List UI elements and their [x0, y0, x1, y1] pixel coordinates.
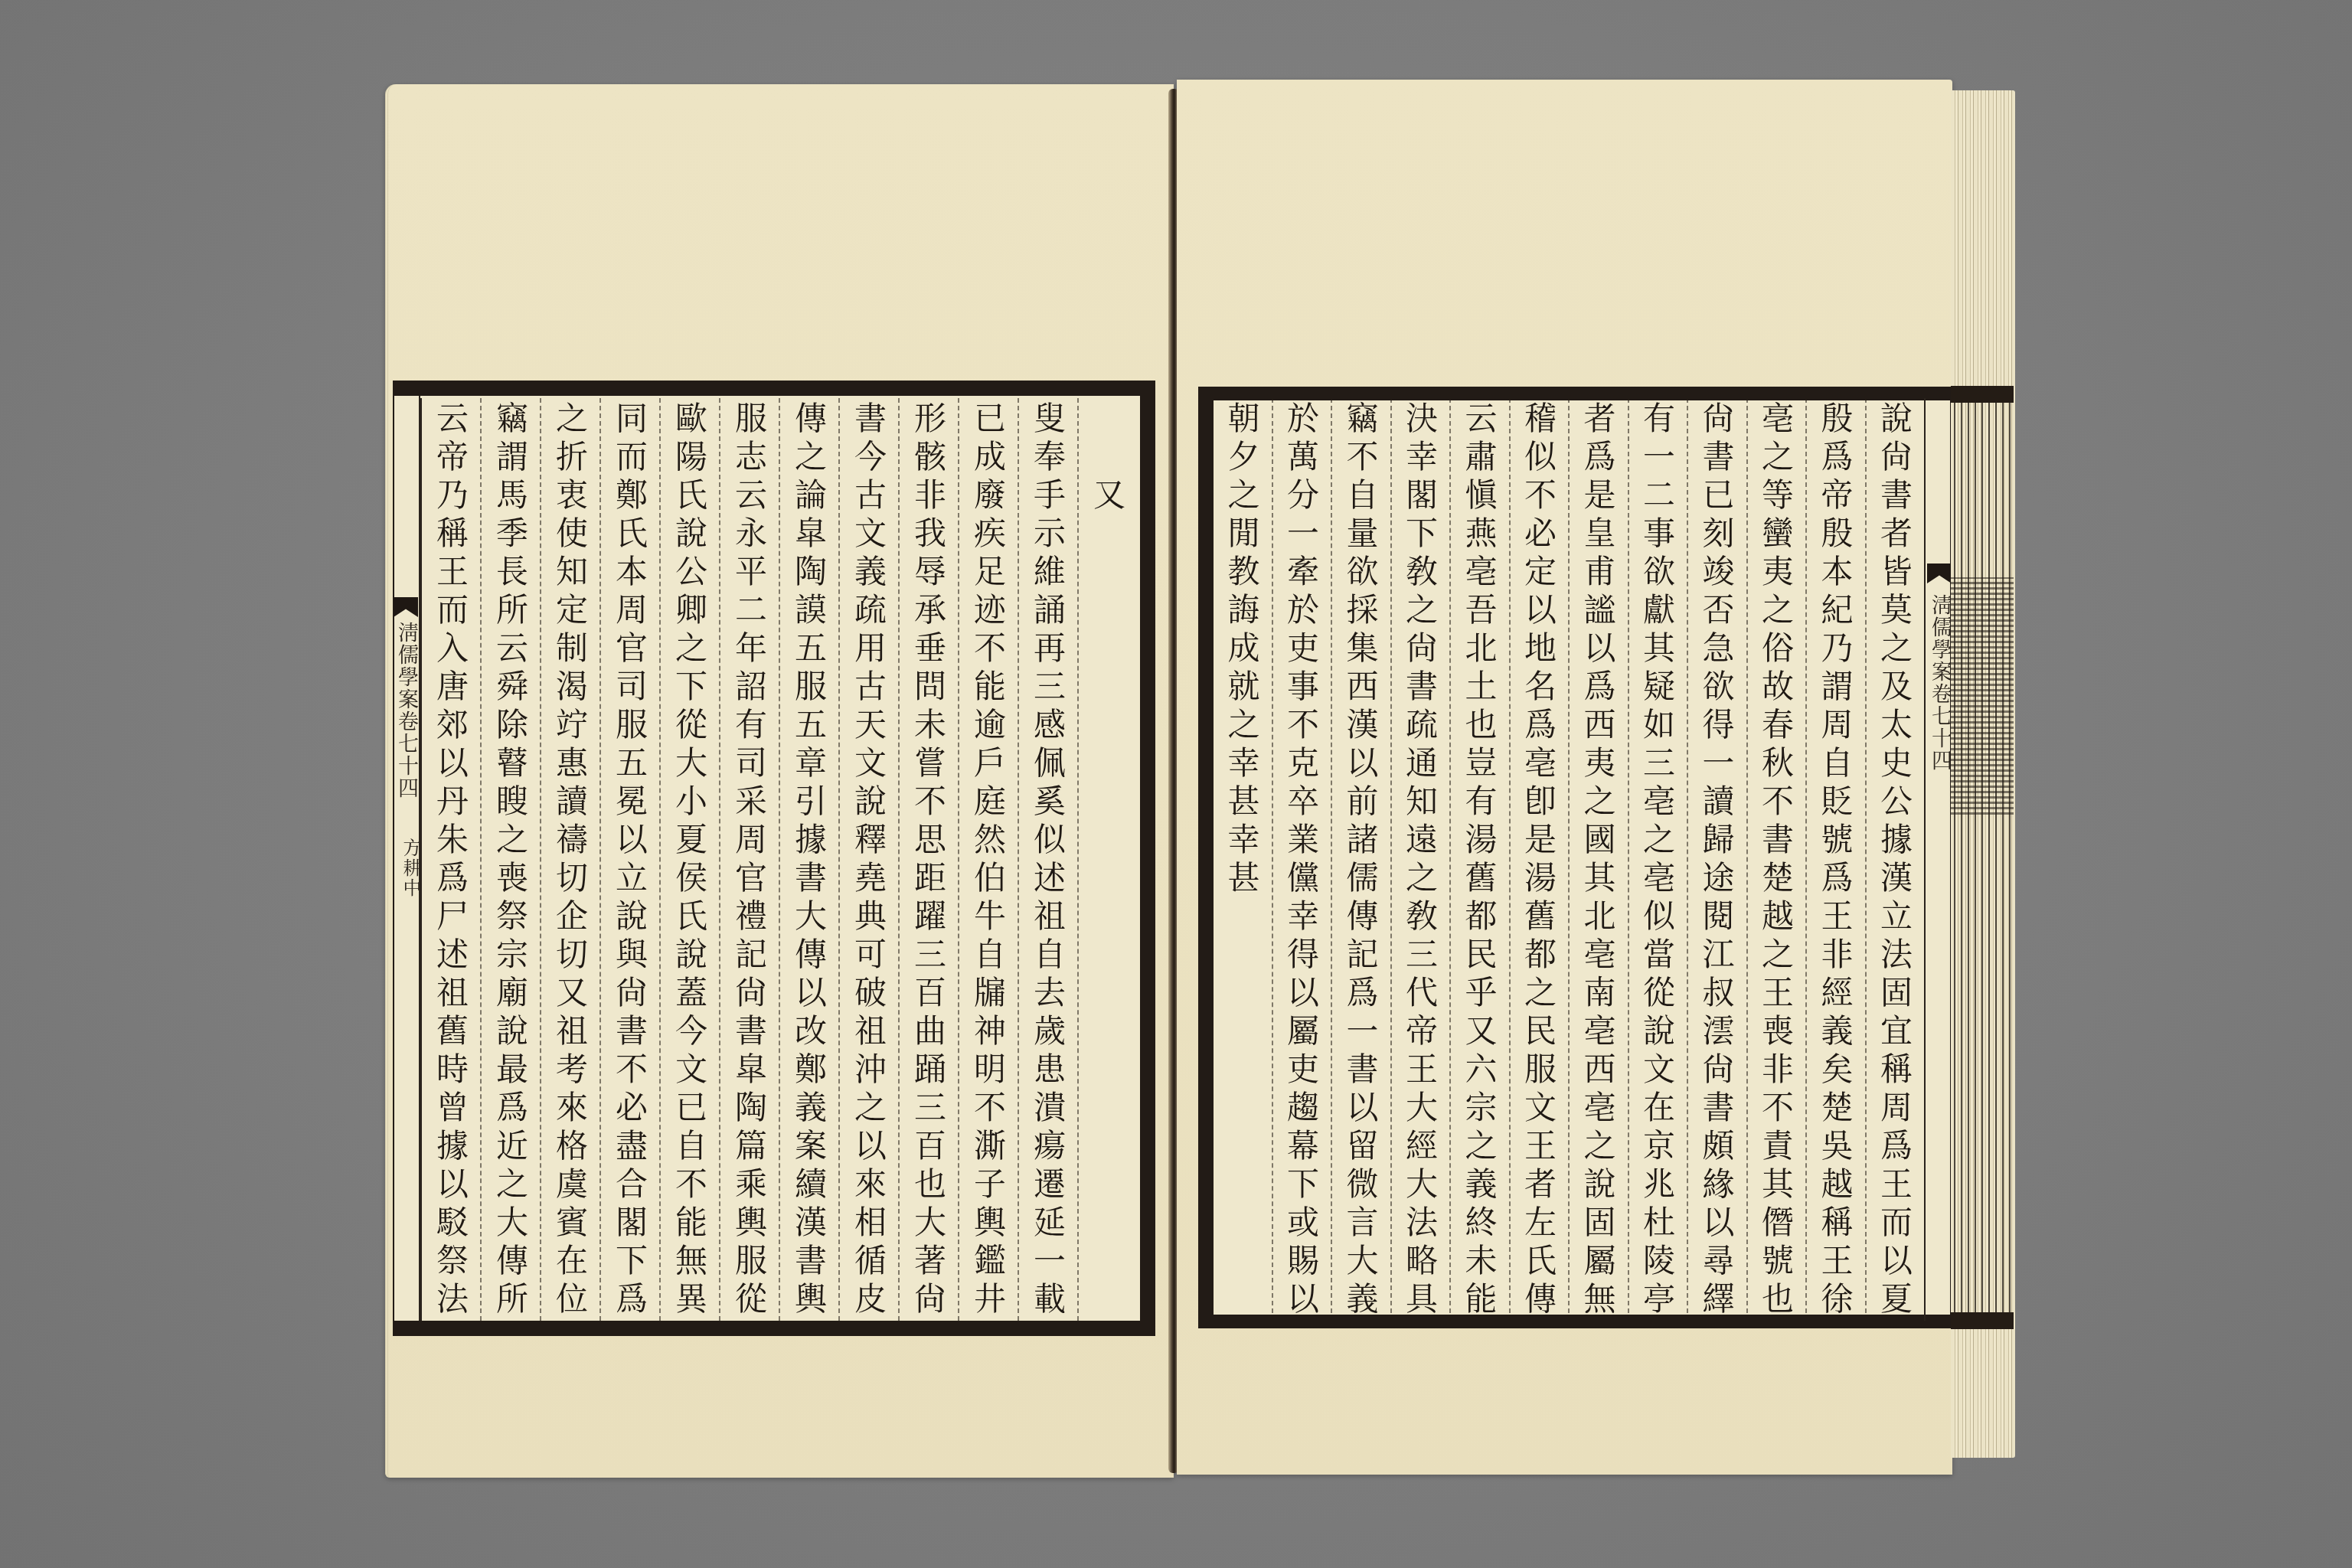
text-column: 服志云永平二年詔有司采周官禮記尙書皐陶篇乘輿服從 — [719, 398, 779, 1321]
text-column: 之折衷使知定制渴竚惠讀禱切企切又祖考來格虞賓在位 — [540, 398, 599, 1321]
stack-margin-marks — [1951, 577, 2014, 815]
left-page-text-block: 又 叟奉手示維誦再三感佩奚似述祖自去歲患潰瘍遷延一載 已成廢疾足迹不能逾戶庭然伯… — [420, 398, 1137, 1321]
text-column: 已成廢疾足迹不能逾戶庭然伯牛自牖神明不澌子輿鑑井 — [958, 398, 1018, 1321]
text-column: 云肅愼燕亳吾北土也豈有湯舊都民乎又六宗之義終未能 — [1449, 398, 1509, 1321]
text-column: 者爲是皇甫謐以爲西夷之國其北亳南亳西亳之說固屬無 — [1568, 398, 1628, 1321]
section-heading: 又 — [1077, 398, 1137, 1321]
text-column: 決幸閣下敎之尙書疏通知遠之敎三代帝王大經大法略具 — [1390, 398, 1450, 1321]
text-column: 同而鄭氏本周官司服五冕以立說與尙書不必盡合閣下爲 — [599, 398, 659, 1321]
stack-printed-edges — [1951, 386, 2014, 1329]
stack-frame-top — [1951, 386, 2014, 403]
fold-margin-title: 淸儒學案卷七十四 — [1928, 594, 1951, 772]
text-column: 亳之等蠻夷之俗故春秋不書楚越之王喪非不責其僭號也 — [1746, 398, 1806, 1321]
fold-margin-title: 淸儒學案卷七十四 — [394, 622, 417, 799]
stack-frame-bottom — [1951, 1312, 2014, 1329]
text-column: 傳之論皐陶謨五服五章引據書大傳以改鄭義案續漢書輿 — [779, 398, 838, 1321]
text-column: 於萬分一牽於吏事不克卒業儻幸得以屬吏趨幕下或賜以 — [1272, 398, 1331, 1321]
text-column: 有一二事欲獻其疑如三亳之亳似當從說文在京兆杜陵亭 — [1628, 398, 1687, 1321]
text-column: 竊謂馬季長所云舜除瞽瞍之喪祭宗廟說最爲近之大傳所 — [480, 398, 540, 1321]
text-column: 書今古文義疏用古天文說釋堯典可破祖沖之以來相循皮 — [838, 398, 898, 1321]
page-stack-edge — [1951, 90, 2015, 1458]
text-column: 形骸非我辱承垂問未嘗不思距躍三百曲踊三百也大著尙 — [898, 398, 958, 1321]
text-column: 歐陽氏說公卿之下從大小夏侯氏說蓋今文已自不能無異 — [659, 398, 719, 1321]
text-column: 竊不自量欲採集西漢以前諸儒傳記爲一書以留微言大義 — [1331, 398, 1390, 1321]
fold-margin-subtitle: 方耕中 — [400, 838, 420, 898]
left-page: 淸儒學案卷七十四 方耕中 又 叟奉手示維誦再三感佩奚似述祖自去歲患潰瘍遷延一載 … — [385, 84, 1174, 1478]
text-column: 叟奉手示維誦再三感佩奚似述祖自去歲患潰瘍遷延一載 — [1018, 398, 1077, 1321]
text-column: 殷爲帝殷本紀乃謂周自貶號爲王非經義矣楚吳越稱王徐 — [1805, 398, 1865, 1321]
text-column: 說尙書者皆莫之及太史公據漢立法固宜稱周爲王而以夏 — [1865, 398, 1925, 1321]
right-page: 淸儒學案卷七十四 說尙書者皆莫之及太史公據漢立法固宜稱周爲王而以夏 殷爲帝殷本紀… — [1177, 80, 1952, 1475]
text-column: 尙書已刻竣否急欲得一讀歸途閱江叔澐尙書頗緣以尋繹 — [1687, 398, 1746, 1321]
text-column: 云帝乃稱王而入唐郊以丹朱爲尸述祖舊時曾據以駁祭法 — [420, 398, 480, 1321]
right-page-text-block: 說尙書者皆莫之及太史公據漢立法固宜稱周爲王而以夏 殷爲帝殷本紀乃謂周自貶號爲王非… — [1214, 398, 1926, 1321]
text-column: 朝夕之閒教誨成就之幸甚幸甚 — [1212, 398, 1272, 1321]
text-column: 稽似不必定以地名爲亳卽是湯舊都之民服文王者左氏傳 — [1509, 398, 1569, 1321]
